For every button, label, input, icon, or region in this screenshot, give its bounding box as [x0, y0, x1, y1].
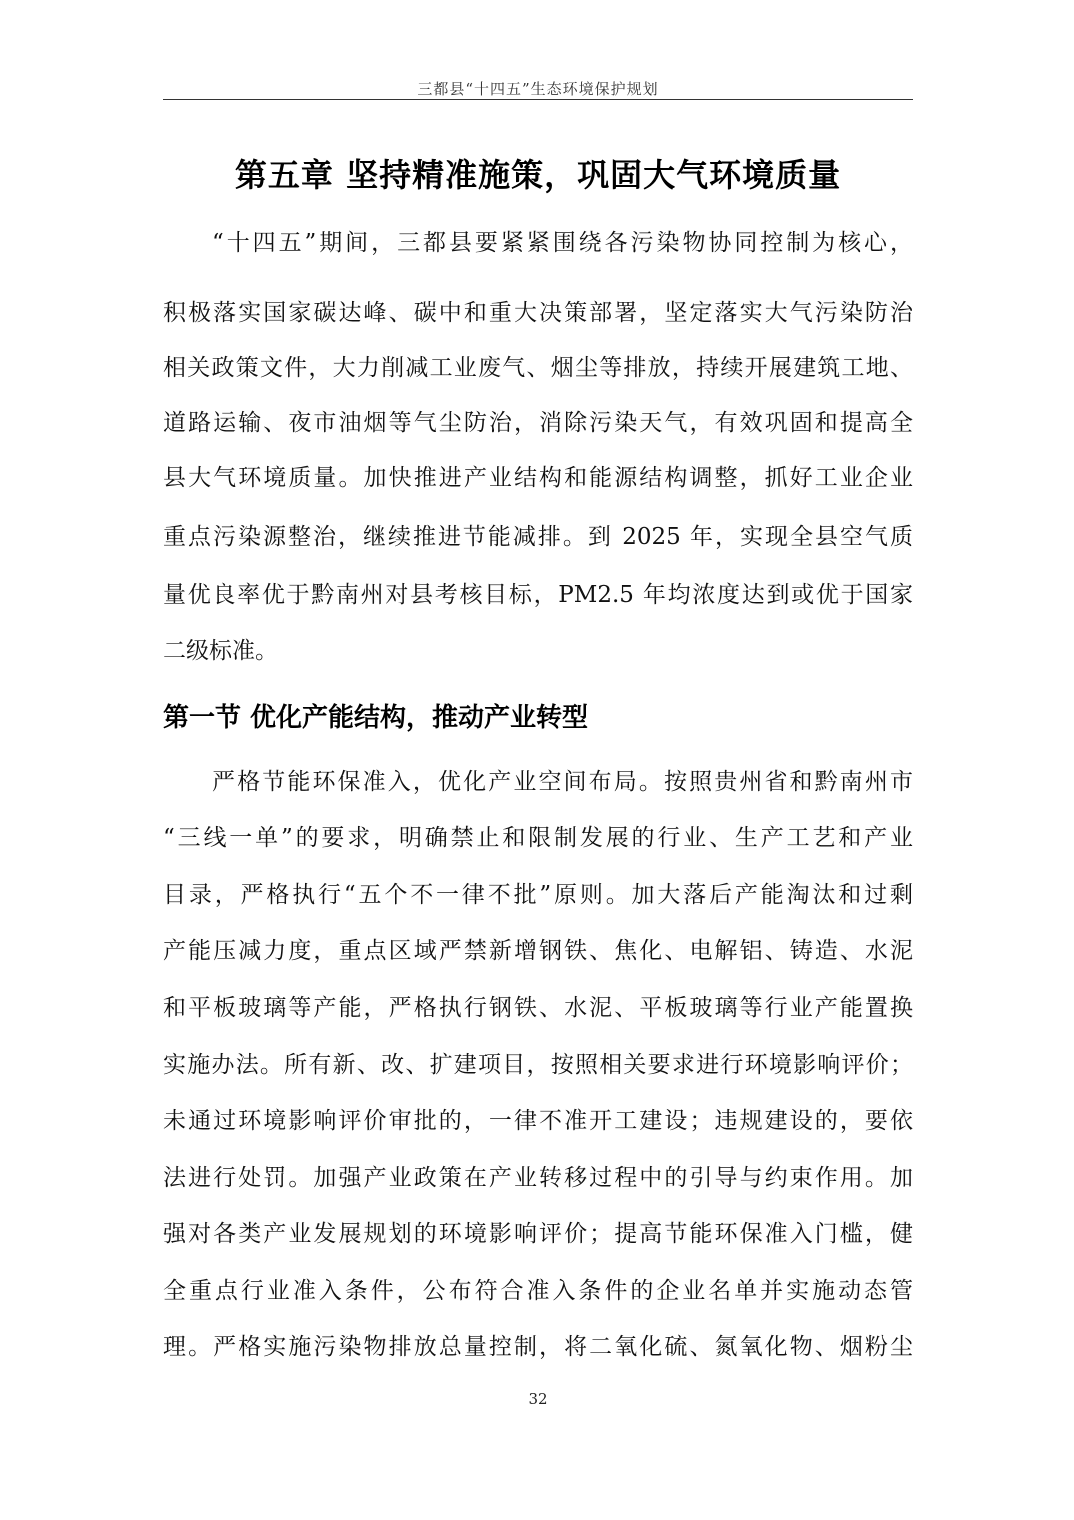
- paragraph-line: 目录，严格执行“五个不一律不批”原则。加大落后产能淘汰和过剩: [163, 880, 913, 910]
- page-number: 32: [163, 1390, 913, 1408]
- chapter-title: 第五章 坚持精准施策，巩固大气环境质量: [163, 150, 913, 196]
- paragraph-line: “三线一单”的要求，明确禁止和限制发展的行业、生产工艺和产业: [163, 823, 913, 853]
- paragraph-line: 全重点行业准入条件，公布符合准入条件的企业名单并实施动态管: [163, 1276, 913, 1306]
- section-title: 第一节 优化产能结构，推动产业转型: [163, 700, 913, 736]
- paragraph-line: 量优良率优于黔南州对县考核目标，PM2.5 年均浓度达到或优于国家: [163, 580, 913, 610]
- paragraph-line: 强对各类产业发展规划的环境影响评价；提高节能环保准入门槛，健: [163, 1219, 913, 1249]
- paragraph-line: 道路运输、夜市油烟等气尘防治，消除污染天气，有效巩固和提高全: [163, 408, 913, 438]
- paragraph-line: 重点污染源整治，继续推进节能减排。到 2025 年，实现全县空气质: [163, 522, 913, 552]
- paragraph-line: “十四五”期间，三都县要紧紧围绕各污染物协同控制为核心，: [212, 228, 913, 258]
- paragraph-line: 积极落实国家碳达峰、碳中和重大决策部署，坚定落实大气污染防治: [163, 298, 913, 328]
- header-rule: [163, 99, 913, 100]
- paragraph-line: 理。严格实施污染物排放总量控制，将二氧化硫、氮氧化物、烟粉尘: [163, 1332, 913, 1362]
- paragraph-line: 和平板玻璃等产能，严格执行钢铁、水泥、平板玻璃等行业产能置换: [163, 993, 913, 1023]
- paragraph-line: 县大气环境质量。加快推进产业结构和能源结构调整，抓好工业企业: [163, 463, 913, 493]
- paragraph-line: 二级标准。: [163, 636, 913, 666]
- paragraph-line: 实施办法。所有新、改、扩建项目，按照相关要求进行环境影响评价；: [163, 1050, 913, 1080]
- paragraph-line: 相关政策文件，大力削减工业废气、烟尘等排放，持续开展建筑工地、: [163, 353, 913, 383]
- running-header: 三都县“十四五”生态环境保护规划: [163, 78, 913, 99]
- paragraph-line: 法进行处罚。加强产业政策在产业转移过程中的引导与约束作用。加: [163, 1163, 913, 1193]
- paragraph-line: 未通过环境影响评价审批的，一律不准开工建设；违规建设的，要依: [163, 1106, 913, 1136]
- paragraph-line: 严格节能环保准入，优化产业空间布局。按照贵州省和黔南州市: [212, 767, 913, 797]
- paragraph-line: 产能压减力度，重点区域严禁新增钢铁、焦化、电解铝、铸造、水泥: [163, 936, 913, 966]
